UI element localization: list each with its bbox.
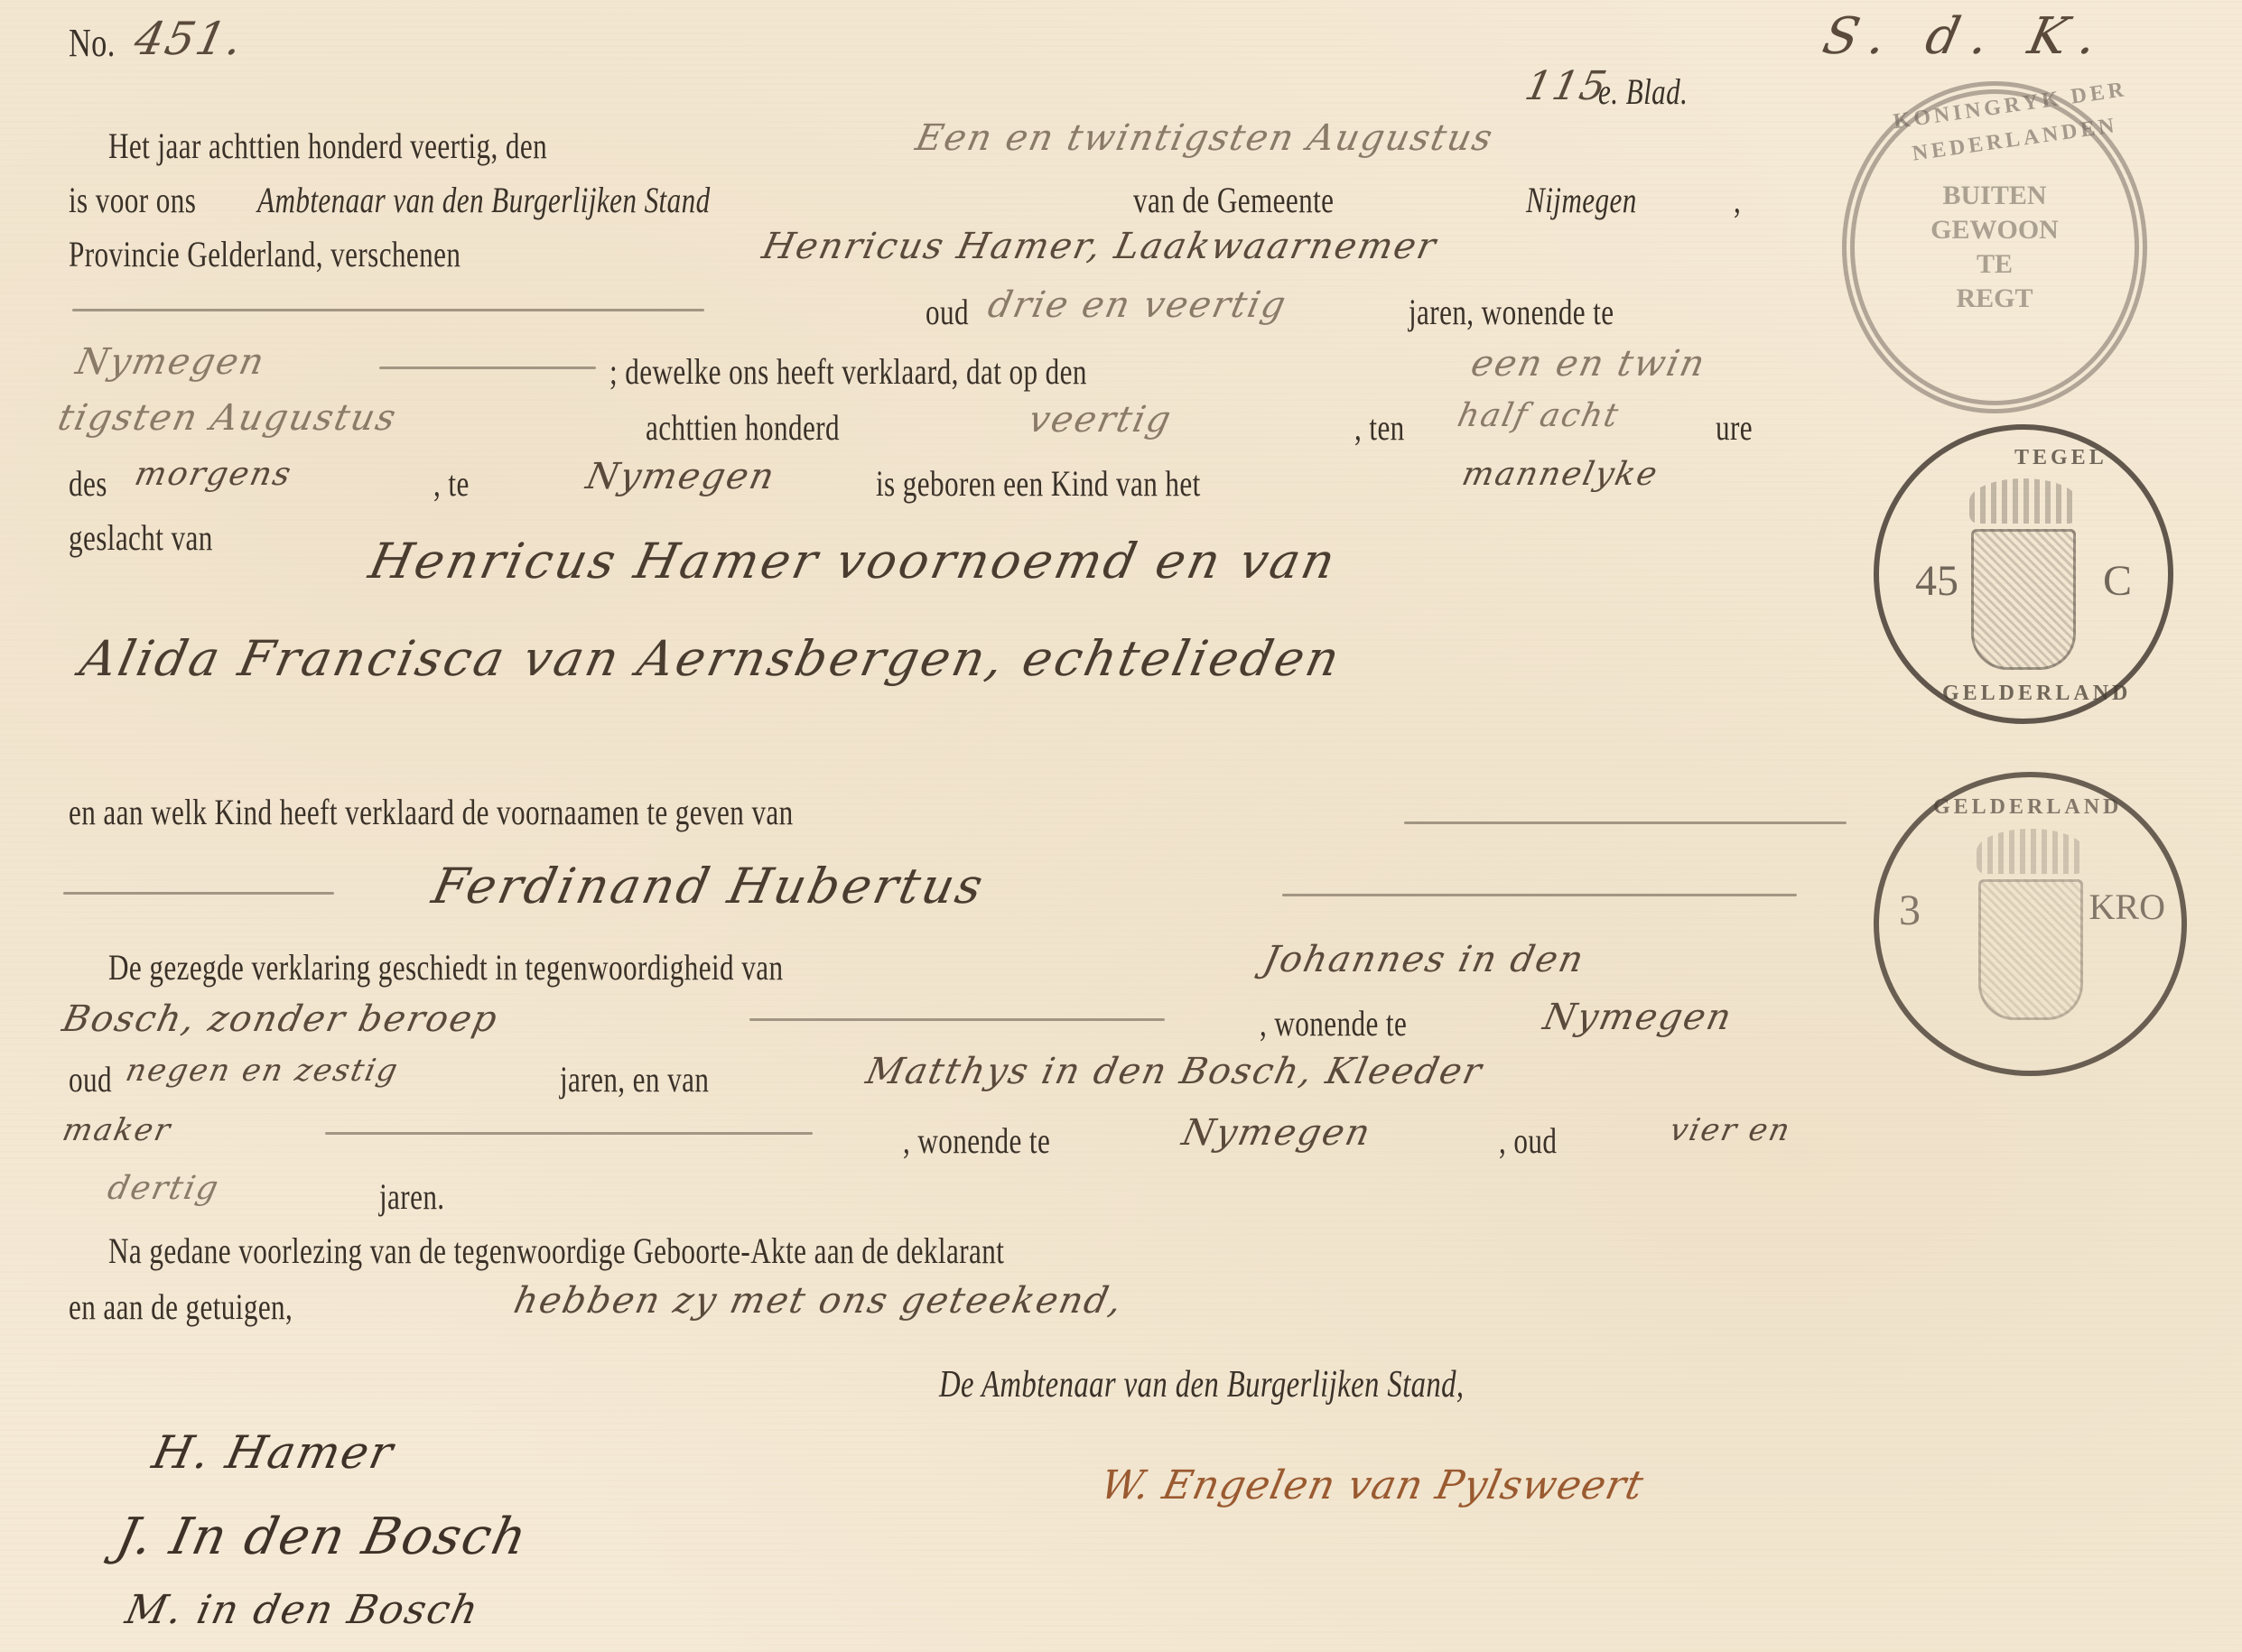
printed-text: , wonende te bbox=[903, 1119, 1050, 1162]
handwritten-place: Nymegen bbox=[582, 456, 779, 497]
handwritten-father: Henricus Hamer voornoemd en van bbox=[364, 533, 1343, 589]
stamp-center-line: TE bbox=[1977, 247, 2013, 282]
blank-line bbox=[1282, 894, 1797, 896]
printed-text: , wonende te bbox=[1260, 1002, 1407, 1044]
corner-initials: S. d. K. bbox=[1818, 7, 2115, 66]
printed-text: geslacht van bbox=[69, 516, 213, 559]
blank-line bbox=[749, 1018, 1165, 1021]
handwritten-time: morgens bbox=[132, 456, 296, 493]
printed-text: jaren, wonende te bbox=[1409, 291, 1614, 333]
handwritten-date: Een en twintigsten Augustus bbox=[912, 117, 1497, 159]
handwritten-witness2: Matthys in den Bosch, Kleeder bbox=[862, 1051, 1486, 1092]
printed-text: is geboren een Kind van het bbox=[876, 462, 1201, 505]
folio-label: e. Blad. bbox=[1598, 70, 1688, 113]
printed-text: en aan de getuigen, bbox=[69, 1285, 293, 1328]
blank-line bbox=[325, 1132, 813, 1135]
stamp-value-left: 45 bbox=[1915, 556, 1958, 606]
blank-line bbox=[72, 309, 704, 311]
handwritten-place: Nymegen bbox=[1178, 1112, 1375, 1154]
signature-witness2: M. in den Bosch bbox=[122, 1587, 484, 1633]
handwritten-date-cont: tigsten Augustus bbox=[54, 397, 401, 439]
handwritten-witness1: Johannes in den bbox=[1260, 939, 1588, 980]
record-number-label: No. bbox=[69, 20, 116, 66]
printed-text: , ten bbox=[1354, 406, 1405, 449]
stamp-value-left: 3 bbox=[1899, 886, 1921, 935]
printed-text: van de Gemeente bbox=[1133, 179, 1334, 221]
handwritten-closing: hebben zy met ons geteekend, bbox=[510, 1280, 1127, 1322]
printed-text: achttien honderd bbox=[646, 406, 840, 449]
blank-line bbox=[63, 892, 334, 895]
signature-witness1: J. In den Bosch bbox=[111, 1508, 533, 1566]
printed-text: jaren. bbox=[379, 1175, 445, 1218]
printed-text: ure bbox=[1716, 406, 1753, 449]
blank-line bbox=[379, 367, 596, 369]
crown-icon bbox=[1977, 829, 2085, 874]
handwritten-sex: mannelyke bbox=[1459, 456, 1662, 493]
handwritten-declarant: Henricus Hamer, Laakwaarnemer bbox=[758, 226, 1441, 267]
stamp-center-line: REGT bbox=[1956, 282, 2033, 316]
stamp-ring-text: KONINGRYK DER NEDERLANDEN bbox=[1887, 72, 2138, 174]
printed-text: ; dewelke ons heeft verklaard, dat op de… bbox=[609, 350, 1087, 393]
printed-text: oud bbox=[69, 1058, 112, 1100]
printed-text: jaren, en van bbox=[560, 1058, 709, 1100]
handwritten-age: drie en veertig bbox=[984, 284, 1290, 326]
stamp-center-line: GEWOON bbox=[1930, 213, 2059, 247]
stamp-center-line: BUITEN bbox=[1942, 179, 2046, 213]
handwritten-occupation: maker bbox=[60, 1112, 175, 1148]
record-number-value: 451. bbox=[130, 13, 249, 65]
printed-text: des bbox=[69, 462, 107, 505]
stamp-ring-top: TEGEL bbox=[2014, 446, 2107, 470]
handwritten-place: Nymegen bbox=[72, 341, 269, 383]
tax-stamp-gelderland: GELDERLAND 3 KRO bbox=[1874, 772, 2187, 1076]
handwritten-mother: Alida Francisca van Aernsbergen, echteli… bbox=[75, 630, 1346, 687]
printed-text: oud bbox=[926, 291, 969, 333]
handwritten-date: een en twin bbox=[1467, 343, 1710, 385]
tax-stamp-45c: TEGEL 45 C GELDERLAND bbox=[1874, 424, 2173, 724]
handwritten-place: Nymegen bbox=[1540, 997, 1736, 1038]
handwritten-hour: half acht bbox=[1455, 397, 1623, 434]
official-title: De Ambtenaar van den Burgerlijken Stand, bbox=[939, 1363, 1465, 1406]
handwritten-age-cont: dertig bbox=[105, 1170, 223, 1207]
printed-text: Na gedane voorlezing van de tegenwoordig… bbox=[108, 1230, 1004, 1272]
signature-declarant: H. Hamer bbox=[148, 1426, 399, 1479]
handwritten-given-names: Ferdinand Hubertus bbox=[427, 858, 990, 914]
printed-official-title: Ambtenaar van den Burgerlijken Stand bbox=[257, 179, 711, 221]
printed-text: en aan welk Kind heeft verklaard de voor… bbox=[69, 791, 794, 833]
handwritten-witness1-cont: Bosch, zonder beroep bbox=[59, 998, 502, 1040]
handwritten-age: vier en bbox=[1667, 1112, 1795, 1148]
printed-municipality: Nijmegen bbox=[1526, 179, 1637, 221]
crown-icon bbox=[1969, 478, 2078, 524]
stamp-ring-top: GELDERLAND bbox=[1933, 795, 2122, 820]
signature-official: W. Engelen van Pylsweert bbox=[1097, 1462, 1648, 1508]
printed-text: , oud bbox=[1499, 1119, 1557, 1162]
birth-certificate-page: No. 451. 115 e. Blad. S. d. K. Het jaar … bbox=[0, 0, 2242, 1652]
printed-text: is voor ons bbox=[69, 179, 196, 221]
coat-of-arms-icon bbox=[1971, 529, 2076, 670]
printed-text: , te bbox=[433, 462, 470, 505]
printed-text: De gezegde verklaring geschiedt in tegen… bbox=[108, 946, 783, 988]
printed-text: , bbox=[1734, 179, 1741, 221]
handwritten-year: veertig bbox=[1025, 399, 1176, 441]
handwritten-age: negen en zestig bbox=[123, 1053, 403, 1089]
blank-line bbox=[1404, 821, 1847, 824]
coat-of-arms-icon bbox=[1978, 879, 2083, 1020]
tax-stamp-kingdom: KONINGRYK DER NEDERLANDEN BUITEN GEWOON … bbox=[1842, 81, 2147, 413]
printed-text: Provincie Gelderland, verschenen bbox=[69, 233, 460, 275]
stamp-ring-bottom: GELDERLAND bbox=[1942, 682, 2131, 706]
stamp-value-right: C bbox=[2103, 556, 2132, 606]
printed-text: Het jaar achttien honderd veertig, den bbox=[108, 125, 547, 167]
stamp-value-right: KRO bbox=[2089, 886, 2165, 928]
